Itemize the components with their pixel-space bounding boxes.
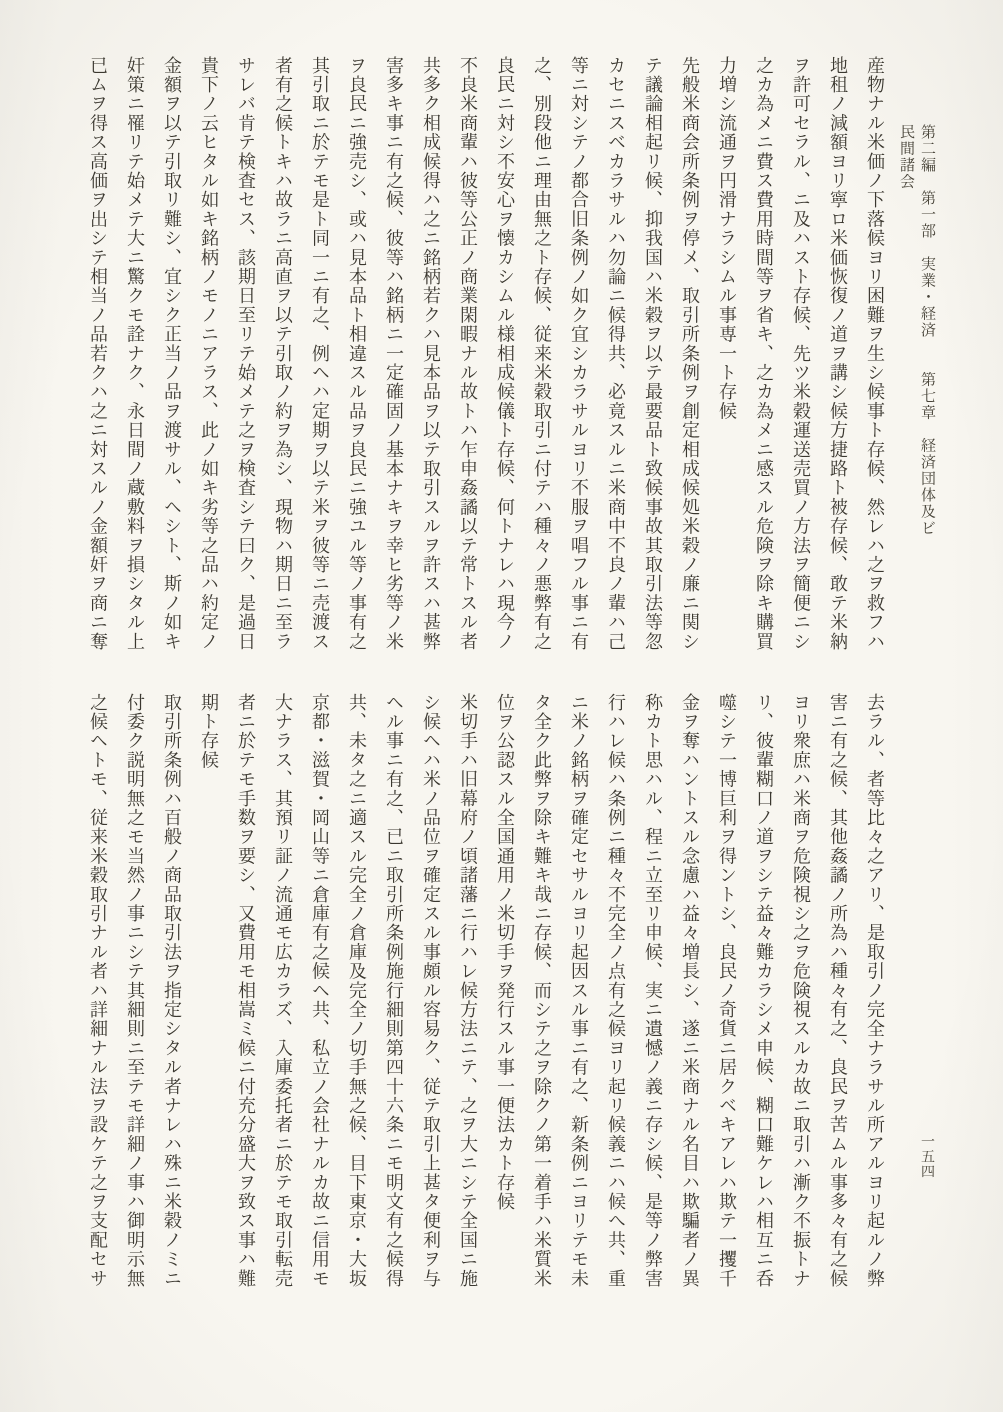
text-line: 取引所条例ハ百般ノ商品取引法ヲ指定シタル者ナレハ殊ニ米穀ノミニ [153,693,190,1297]
text-block-bottom: 去ラル、者等比々之アリ、是取引ノ完全ナラサル所アルヨリ起ルノ弊害ニ有之候、其他姦… [79,693,893,1297]
text-line: 者有之候トキハ故ラニ高直ヲ以テ引取ノ約ヲ為シ、現物ハ期日ニ至ラ [264,56,301,660]
text-line: 不良米商輩ハ彼等公正ノ商業閑暇ナル故トハ乍申姦譎以テ常トスル者 [449,56,486,660]
text-line: 称カト思ハル、程ニ立至リ申候、実ニ遺憾ノ義ニ存シ候、是等ノ弊害 [634,693,671,1297]
text-line: 力増シ流通ヲ円滑ナラシムル事専一ト存候 [708,56,745,660]
text-line: 之候ヘトモ、従来米穀取引ナル者ハ詳細ナル法ヲ設ケテ之ヲ支配セサ [79,693,116,1297]
text-line: 米切手ハ旧幕府ノ頃諸藩ニ行ハレ候方法ニテ、之ヲ大ニシテ全国ニ施 [449,693,486,1297]
text-line: シ候ヘハ米ノ品位ヲ確定スル事頗ル容易ク、従テ取引上甚タ便利ヲ与 [412,693,449,1297]
text-line: 大ナラス、其預リ証ノ流通モ広カラズ、入庫委托者ニ於テモ取引転売 [264,693,301,1297]
scanned-book-page: 第二編 第一部 実業・経済 第七章 経済団体及ビ民間諸会 一五四 産物ナル米価ノ… [0,0,1003,1412]
text-line: カセニスベカラサルハ勿論ニ候得共、必竟スルニ米商中不良ノ輩ハ己 [597,56,634,660]
text-block-top: 産物ナル米価ノ下落候ヨリ困難ヲ生シ候事ト存候、然レハ之ヲ救フハ地租ノ減額ヨリ寧ロ… [79,56,893,660]
text-line: 位ヲ公認スル全国通用ノ米切手ヲ発行スル事一便法カト存候 [486,693,523,1297]
text-line: ニ米ノ銘柄ヲ確定セサルヨリ起因スル事ニ有之、新条例ニヨリテモ未 [560,693,597,1297]
running-head: 第二編 第一部 実業・経済 第七章 経済団体及ビ民間諸会 [897,124,939,544]
text-line: サレバ肯テ検査セス、該期日至リテ始メテ之ヲ検査シテ曰ク、是過日 [227,56,264,660]
text-line: 産物ナル米価ノ下落候ヨリ困難ヲ生シ候事ト存候、然レハ之ヲ救フハ [856,56,893,660]
text-line: ヲ良民ニ強売シ、或ハ見本品ト相違スル品ヲ良民ニ強ユル等ノ事有之 [338,56,375,660]
text-line: 害多キ事ニ有之候、彼等ハ銘柄ニ一定確固ノ基本ナキヲ幸ヒ劣等ノ米 [375,56,412,660]
text-line: タ全ク此弊ヲ除キ難キ哉ニ存候、而シテ之ヲ除クノ第一着手ハ米質米 [523,693,560,1297]
text-line: ヲ許可セラル、ニ及ハスト存候、先ツ米穀運送売買ノ方法ヲ簡便ニシ [782,56,819,660]
page-number: 一五四 [917,1134,937,1194]
text-line: 害ニ有之候、其他姦譎ノ所為ハ種々有之、良民ヲ苦ムル事多々有之候 [819,693,856,1297]
text-line: テ議論相起リ候、抑我国ハ米穀ヲ以テ最要品ト致候事故其取引法等忽 [634,56,671,660]
text-line: 等ニ対シテノ都合旧条例ノ如ク宜シカラサルヨリ不服ヲ唱フル事ニ有 [560,56,597,660]
text-line: 之、別段他ニ理由無之ト存候、従来米穀取引ニ付テハ種々ノ悪弊有之 [523,56,560,660]
text-line: ヨリ衆庶ハ米商ヲ危険視シ之ヲ危険視スルカ故ニ取引ハ漸ク不振トナ [782,693,819,1297]
text-line: 先般米商会所条例ヲ停メ、取引所条例ヲ創定相成候処米穀ノ廉ニ関シ [671,56,708,660]
text-line: 期ト存候 [190,693,227,1297]
text-line: 共多ク相成候得ハ之ニ銘柄若クハ見本品ヲ以テ取引スルヲ許スハ甚弊 [412,56,449,660]
text-line: 貴下ノ云ヒタル如キ銘柄ノモノニアラス、此ノ如キ劣等之品ハ約定ノ [190,56,227,660]
text-line: 其引取ニ於テモ是ト同一ニ有之、例ヘハ定期ヲ以テ米ヲ彼等ニ売渡ス [301,56,338,660]
text-line: 噬シテ一博巨利ヲ得ントシ、良民ノ奇貨ニ居クベキアレハ欺テ一攫千 [708,693,745,1297]
text-line: 良民ニ対シ不安心ヲ懐カシムル様相成候儀ト存候、何トナレハ現今ノ [486,56,523,660]
text-line: 付委ク説明無之モ当然ノ事ニシテ其細則ニ至テモ詳細ノ事ハ御明示無 [116,693,153,1297]
text-line: 者ニ於テモ手数ヲ要シ、又費用モ相嵩ミ候ニ付充分盛大ヲ致ス事ハ難 [227,693,264,1297]
text-line: 地租ノ減額ヨリ寧ロ米価恢復ノ道ヲ講シ候方捷路ト被存候、敢テ米納 [819,56,856,660]
text-line: リ、彼輩糊口ノ道ヲシテ益々難カラシメ申候、糊口難ケレハ相互ニ呑 [745,693,782,1297]
text-line: ヘル事ニ有之、已ニ取引所条例施行細則第四十六条ニモ明文有之候得 [375,693,412,1297]
text-line: 去ラル、者等比々之アリ、是取引ノ完全ナラサル所アルヨリ起ルノ弊 [856,693,893,1297]
text-line: 共、未タ之ニ適スル完全ノ倉庫及完全ノ切手無之候、目下東京・大坂 [338,693,375,1297]
text-line: 行ハレ候ハ条例ニ種々不完全ノ点有之候ヨリ起リ候義ニハ候へ共、重 [597,693,634,1297]
text-line: 京都・滋賀・岡山等ニ倉庫有之候ヘ共、私立ノ会社ナルカ故ニ信用モ [301,693,338,1297]
text-line: 奸策ニ罹リテ始メテ大ニ驚クモ詮ナク、永日間ノ蔵敷料ヲ損シタル上 [116,56,153,660]
text-line: 之カ為メニ費ス費用時間等ヲ省キ、之カ為メニ感スル危険ヲ除キ購買 [745,56,782,660]
text-line: 金ヲ奪ハントスル念慮ハ益々増長シ、遂ニ米商ナル名目ハ欺騙者ノ異 [671,693,708,1297]
text-line: 已ムヲ得ス高価ヲ出シテ相当ノ品若クハ之ニ対スルノ金額奸ヲ商ニ奪 [79,56,116,660]
text-line: 金額ヲ以テ引取リ難シ、宜シク正当ノ品ヲ渡サル、ヘシト、斯ノ如キ [153,56,190,660]
